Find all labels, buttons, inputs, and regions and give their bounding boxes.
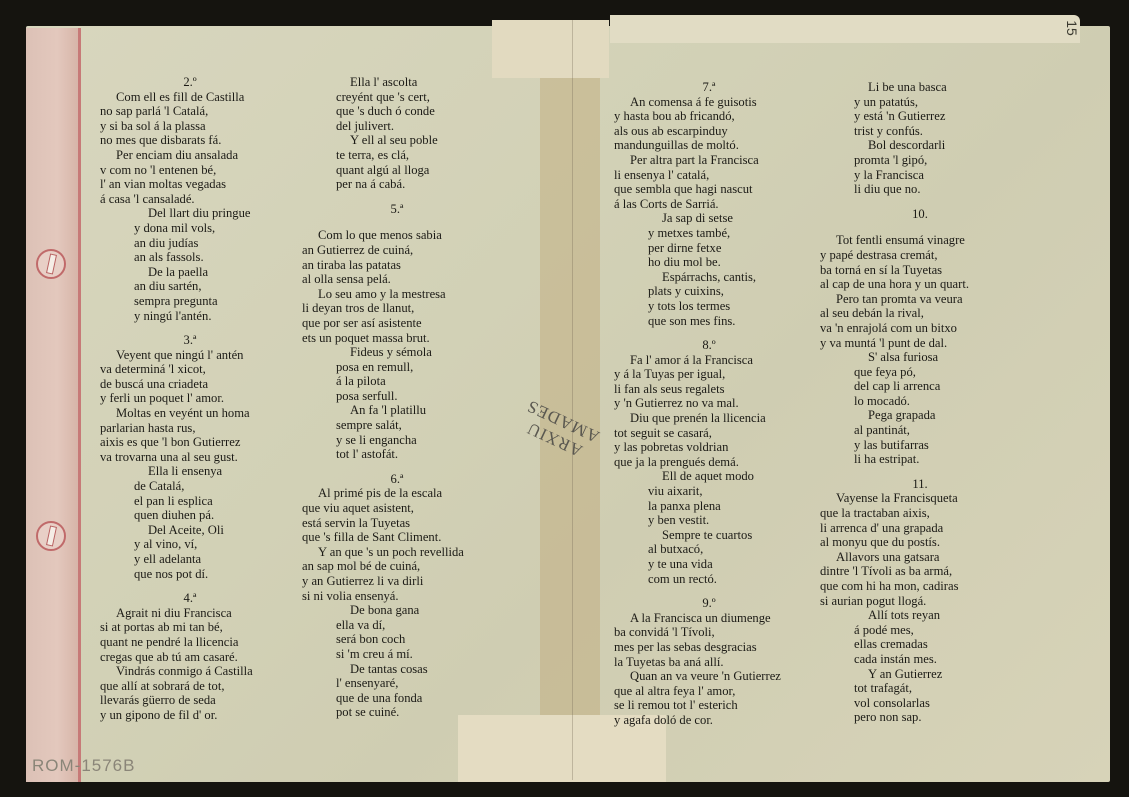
verse-line: als ous ab escarpinduy xyxy=(614,124,804,139)
verse-line: á las Corts de Sarriá. xyxy=(614,197,804,212)
verse-line: y te una vida xyxy=(614,557,804,572)
verse-line: promta 'l gipó, xyxy=(820,153,1020,168)
verse-line: al pantinát, xyxy=(820,423,1020,438)
verse-line: y tots los termes xyxy=(614,299,804,314)
verse-line: v com no 'l entenen bé, xyxy=(100,163,280,178)
verse-line: l' ensenyaré, xyxy=(302,676,492,691)
verse-line: que por ser así asistente xyxy=(302,316,492,331)
verse-line: y la Francisca xyxy=(820,168,1020,183)
verse-line: lo mocadó. xyxy=(820,394,1020,409)
verse-line: si 'm creu á mí. xyxy=(302,647,492,662)
verse-line: que nos pot dí. xyxy=(100,567,280,582)
verse-line: Quan an va veure 'n Gutierrez xyxy=(614,669,804,684)
verse-line: Ella l' ascolta xyxy=(302,75,492,90)
verse-line: l' an vian moltas vegadas xyxy=(100,177,280,192)
verse-line: Al primé pis de la escala xyxy=(302,486,492,501)
verse-line: Veyent que ningú l' antén xyxy=(100,348,280,363)
verse-line: ho diu mol be. xyxy=(614,255,804,270)
verse-line: y ferli un poquet l' amor. xyxy=(100,391,280,406)
verse-line: á casa 'l cansaladé. xyxy=(100,192,280,207)
verse-line: viu aixarit, xyxy=(614,484,804,499)
verse-line: Diu que prenén la llicencia xyxy=(614,411,804,426)
verse-line: llevarás güerro de seda xyxy=(100,693,280,708)
verse-line: De tantas cosas xyxy=(302,662,492,677)
verse-line: está servin la Tuyetas xyxy=(302,516,492,531)
verse-line: Espárrachs, cantis, xyxy=(614,270,804,285)
verse-line: Fa l' amor á la Francisca xyxy=(614,353,804,368)
verse-line: si aurian pogut llogá. xyxy=(820,594,1020,609)
verse-line: que allí at sobrará de tot, xyxy=(100,679,280,694)
page-number: 15 xyxy=(1064,20,1080,36)
stanza-number: 3.ª xyxy=(100,333,280,348)
verse-line: Allí tots reyan xyxy=(820,608,1020,623)
verse-line: An fa 'l platillu xyxy=(302,403,492,418)
verse-line: Agrait ni diu Francisca xyxy=(100,606,280,621)
verse-line: Ella li ensenya xyxy=(100,464,280,479)
verse-line: an tiraba las patatas xyxy=(302,258,492,273)
verse-line: Y an Gutierrez xyxy=(820,667,1020,682)
verse-line: y ell adelanta xyxy=(100,552,280,567)
tape-patch-top xyxy=(492,20,609,78)
verse-line: el pan li esplica xyxy=(100,494,280,509)
verse-line: pot se cuiné. xyxy=(302,705,492,720)
verse-line: y hasta bou ab fricandó, xyxy=(614,109,804,124)
verse-line: y las pobretas voldrian xyxy=(614,440,804,455)
verse-line: á la pilota xyxy=(302,374,492,389)
catalog-mark: ROM-1576B xyxy=(32,756,135,776)
verse-line: y 'n Gutierrez no va mal. xyxy=(614,396,804,411)
verse-line: al seu debán la rival, xyxy=(820,306,1020,321)
tape-strip xyxy=(540,20,600,760)
verse-line: y está 'n Gutierrez xyxy=(820,109,1020,124)
verse-line: que de una fonda xyxy=(302,691,492,706)
verse-line: tot trafagát, xyxy=(820,681,1020,696)
verse-line: Sempre te cuartos xyxy=(614,528,804,543)
verse-line: que 's duch ó conde xyxy=(302,104,492,119)
text-column-1: 2.ºCom ell es fill de Castillano sap par… xyxy=(100,75,280,723)
verse-line: Allavors una gatsara xyxy=(820,550,1020,565)
verse-line: per dirne fetxe xyxy=(614,241,804,256)
verse-line: y se li engancha xyxy=(302,433,492,448)
verse-line: trist y confús. xyxy=(820,124,1020,139)
verse-line: com un rectó. xyxy=(614,572,804,587)
verse-line: se li remou tot l' esterich xyxy=(614,698,804,713)
verse-line: ba convidá 'l Tívoli, xyxy=(614,625,804,640)
stanza-number: 5.ª xyxy=(302,202,492,217)
verse-line: al butxacó, xyxy=(614,542,804,557)
verse-line: y un gipono de fil d' or. xyxy=(100,708,280,723)
verse-line: dintre 'l Tívoli as ba armá, xyxy=(820,564,1020,579)
verse-line: creyént que 's cert, xyxy=(302,90,492,105)
verse-line: li ha estripat. xyxy=(820,452,1020,467)
verse-line: quant algú al lloga xyxy=(302,163,492,178)
verse-line: que viu aquet asistent, xyxy=(302,501,492,516)
verse-line: an Gutierrez de cuiná, xyxy=(302,243,492,258)
verse-line: posa en remull, xyxy=(302,360,492,375)
verse-line: Li be una basca xyxy=(820,80,1020,95)
text-column-4: Li be una bascay un patatús,y está 'n Gu… xyxy=(820,80,1020,725)
verse-line: ella va dí, xyxy=(302,618,492,633)
verse-line: y dona mil vols, xyxy=(100,221,280,236)
verse-line: y un patatús, xyxy=(820,95,1020,110)
verse-line: y ben vestit. xyxy=(614,513,804,528)
paper-strip xyxy=(610,15,1080,43)
verse-line: Vayense la Francisqueta xyxy=(820,491,1020,506)
verse-line: te terra, es clá, xyxy=(302,148,492,163)
verse-line: Y an que 's un poch revellida xyxy=(302,545,492,560)
verse-line: ellas cremadas xyxy=(820,637,1020,652)
verse-line: al monyu que du postís. xyxy=(820,535,1020,550)
verse-line: al cap de una hora y un quart. xyxy=(820,277,1020,292)
verse-line: cregas que ab tú am casaré. xyxy=(100,650,280,665)
verse-line: y á la Tuyas per igual, xyxy=(614,367,804,382)
verse-line: ets un poquet massa brut. xyxy=(302,331,492,346)
verse-line: tot seguit se casará, xyxy=(614,426,804,441)
verse-line: Ja sap di setse xyxy=(614,211,804,226)
center-fold xyxy=(572,20,573,780)
verse-line: y va muntá 'l punt de dal. xyxy=(820,336,1020,351)
verse-line: del julivert. xyxy=(302,119,492,134)
verse-line: li diu que no. xyxy=(820,182,1020,197)
seal-stamp-icon xyxy=(36,249,66,279)
verse-line: que ja la prengués demá. xyxy=(614,455,804,470)
stanza-number: 11. xyxy=(820,477,1020,492)
verse-line: Del llart diu pringue xyxy=(100,206,280,221)
verse-line: que com hi ha mon, cadiras xyxy=(820,579,1020,594)
verse-line: De bona gana xyxy=(302,603,492,618)
verse-line: no sap parlá 'l Catalá, xyxy=(100,104,280,119)
verse-line: si ni volia ensenyá. xyxy=(302,589,492,604)
stanza-number: 9.º xyxy=(614,596,804,611)
verse-line: que 's filla de Sant Climent. xyxy=(302,530,492,545)
verse-line: va determiná 'l xicot, xyxy=(100,362,280,377)
verse-line: Ell de aquet modo xyxy=(614,469,804,484)
binding-strip xyxy=(26,28,81,782)
verse-line: de Catalá, xyxy=(100,479,280,494)
seal-stamp-icon xyxy=(36,521,66,551)
verse-line: li ensenya l' catalá, xyxy=(614,168,804,183)
verse-line: tot l' astofát. xyxy=(302,447,492,462)
verse-line: y agafa doló de cor. xyxy=(614,713,804,728)
verse-line: li fan als seus regalets xyxy=(614,382,804,397)
verse-line: y metxes també, xyxy=(614,226,804,241)
verse-line: á podé mes, xyxy=(820,623,1020,638)
verse-line: Lo seu amo y la mestresa xyxy=(302,287,492,302)
verse-line: Tot fentli ensumá vinagre xyxy=(820,233,1020,248)
stanza-number: 6.ª xyxy=(302,472,492,487)
verse-line: sempra pregunta xyxy=(100,294,280,309)
verse-line: Com lo que menos sabia xyxy=(302,228,492,243)
verse-line: plats y cuixins, xyxy=(614,284,804,299)
stanza-number: 8.º xyxy=(614,338,804,353)
verse-line: an sap mol bé de cuiná, xyxy=(302,559,492,574)
verse-line: del cap li arrenca xyxy=(820,379,1020,394)
verse-line: A la Francisca un diumenge xyxy=(614,611,804,626)
verse-line: per na á cabá. xyxy=(302,177,492,192)
verse-line: será bon coch xyxy=(302,632,492,647)
verse-line: va trovarna una al seu gust. xyxy=(100,450,280,465)
verse-line: vol consolarlas xyxy=(820,696,1020,711)
verse-line: parlarian hasta rus, xyxy=(100,421,280,436)
verse-line: De la paella xyxy=(100,265,280,280)
verse-line: no mes que disbarats fá. xyxy=(100,133,280,148)
verse-line: que feya pó, xyxy=(820,365,1020,380)
verse-line: que la tractaban aixis, xyxy=(820,506,1020,521)
stanza-number: 7.ª xyxy=(614,80,804,95)
verse-line: Per altra part la Francisca xyxy=(614,153,804,168)
verse-line: An comensa á fe guisotis xyxy=(614,95,804,110)
verse-line: Fideus y sémola xyxy=(302,345,492,360)
verse-line: quen diuhen pá. xyxy=(100,508,280,523)
stanza-number: 2.º xyxy=(100,75,280,90)
text-column-3: 7.ªAn comensa á fe guisotisy hasta bou a… xyxy=(614,80,804,728)
verse-line: y si ba sol á la plassa xyxy=(100,119,280,134)
verse-line: Pero tan promta va veura xyxy=(820,292,1020,307)
verse-line: pero non sap. xyxy=(820,710,1020,725)
verse-line: mandunguillas de moltó. xyxy=(614,138,804,153)
verse-line: que son mes fins. xyxy=(614,314,804,329)
verse-line: cada instán mes. xyxy=(820,652,1020,667)
verse-line: Vindrás conmigo á Castilla xyxy=(100,664,280,679)
verse-line: li deyan tros de llanut, xyxy=(302,301,492,316)
verse-line: va 'n enrajolá com un bitxo xyxy=(820,321,1020,336)
verse-line: y al vino, ví, xyxy=(100,537,280,552)
verse-line: li arrenca d' una grapada xyxy=(820,521,1020,536)
verse-line: y las butifarras xyxy=(820,438,1020,453)
verse-line: posa serfull. xyxy=(302,389,492,404)
verse-line: la panxa plena xyxy=(614,499,804,514)
verse-line: de buscá una criadeta xyxy=(100,377,280,392)
verse-line: la Tuyetas ba aná allí. xyxy=(614,655,804,670)
verse-line: ba torná en sí la Tuyetas xyxy=(820,263,1020,278)
verse-line: an diu sartén, xyxy=(100,279,280,294)
verse-line: y papé destrasa cremát, xyxy=(820,248,1020,263)
verse-line: que sembla que hagi nascut xyxy=(614,182,804,197)
verse-line: quant ne pendré la llicencia xyxy=(100,635,280,650)
text-column-2: Ella l' ascoltacreyént que 's cert,que '… xyxy=(302,75,492,720)
verse-line: S' alsa furiosa xyxy=(820,350,1020,365)
verse-line: si at portas ab mi tan bé, xyxy=(100,620,280,635)
verse-line: aixis es que 'l bon Gutierrez xyxy=(100,435,280,450)
verse-line: y ningú l'antén. xyxy=(100,309,280,324)
verse-line: Per enciam diu ansalada xyxy=(100,148,280,163)
verse-line: al olla sensa pelá. xyxy=(302,272,492,287)
verse-line: Moltas en veyént un homa xyxy=(100,406,280,421)
verse-line: sempre salát, xyxy=(302,418,492,433)
stanza-number: 4.ª xyxy=(100,591,280,606)
verse-line: que al altra feya l' amor, xyxy=(614,684,804,699)
verse-line: Pega grapada xyxy=(820,408,1020,423)
verse-line: Bol descordarli xyxy=(820,138,1020,153)
verse-line: Com ell es fill de Castilla xyxy=(100,90,280,105)
verse-line: an diu judías xyxy=(100,236,280,251)
stanza-number: 10. xyxy=(820,207,1020,222)
verse-line: y an Gutierrez li va dirli xyxy=(302,574,492,589)
verse-line: Y ell al seu poble xyxy=(302,133,492,148)
verse-line: Del Aceite, Oli xyxy=(100,523,280,538)
verse-line: an als fassols. xyxy=(100,250,280,265)
verse-line: mes per las sebas desgracias xyxy=(614,640,804,655)
